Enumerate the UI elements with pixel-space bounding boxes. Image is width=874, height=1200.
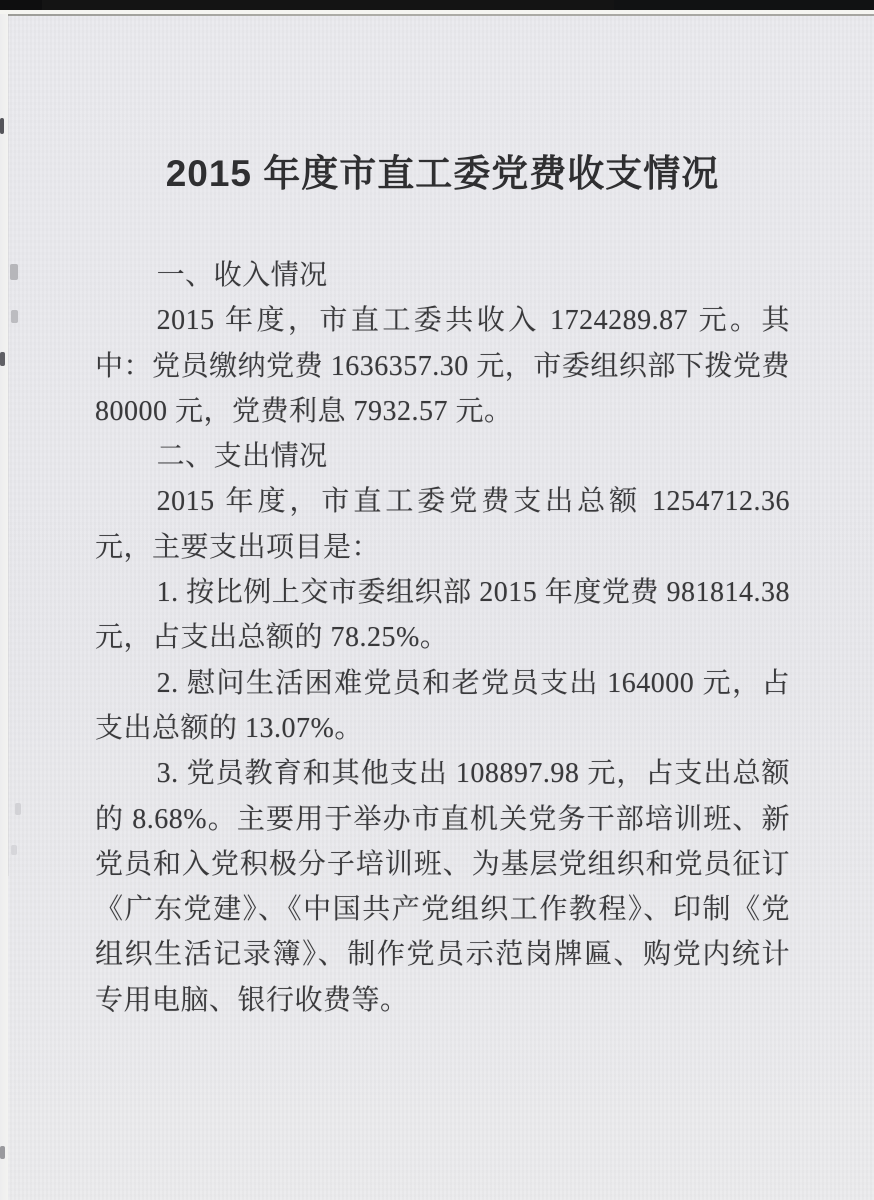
scanned-page: 2015 年度市直工委党费收支情况 一、收入情况 2015 年度，市直工委共收入… (0, 0, 874, 1200)
expense-item-2: 2. 慰问生活困难党员和老党员支出 164000 元，占支出总额的 13.07%… (95, 661, 790, 752)
left-edge-highlight (0, 14, 8, 1200)
expense-total-paragraph: 2015 年度，市直工委党费支出总额 1254712.36 元，主要支出项目是： (95, 479, 790, 570)
expense-item-1: 1. 按比例上交市委组织部 2015 年度党费 981814.38 元，占支出总… (95, 570, 790, 661)
scan-speck (10, 264, 18, 280)
section-heading-income: 一、收入情况 (95, 253, 790, 298)
expense-item-3: 3. 党员教育和其他支出 108897.98 元，占支出总额的 8.68%。主要… (95, 751, 790, 1023)
scan-notch (0, 352, 5, 366)
document-content: 2015 年度市直工委党费收支情况 一、收入情况 2015 年度，市直工委共收入… (95, 0, 790, 1023)
scan-speck (11, 845, 17, 855)
scan-notch (0, 118, 4, 134)
scan-speck (11, 310, 18, 323)
income-detail-paragraph: 2015 年度，市直工委共收入 1724289.87 元。其中：党员缴纳党费 1… (95, 298, 790, 434)
scan-notch (0, 1146, 5, 1159)
section-heading-expense: 二、支出情况 (95, 434, 790, 479)
left-edge-line (8, 16, 9, 876)
document-body: 一、收入情况 2015 年度，市直工委共收入 1724289.87 元。其中：党… (95, 253, 790, 1023)
document-title: 2015 年度市直工委党费收支情况 (95, 149, 790, 199)
scan-speck (15, 803, 21, 815)
